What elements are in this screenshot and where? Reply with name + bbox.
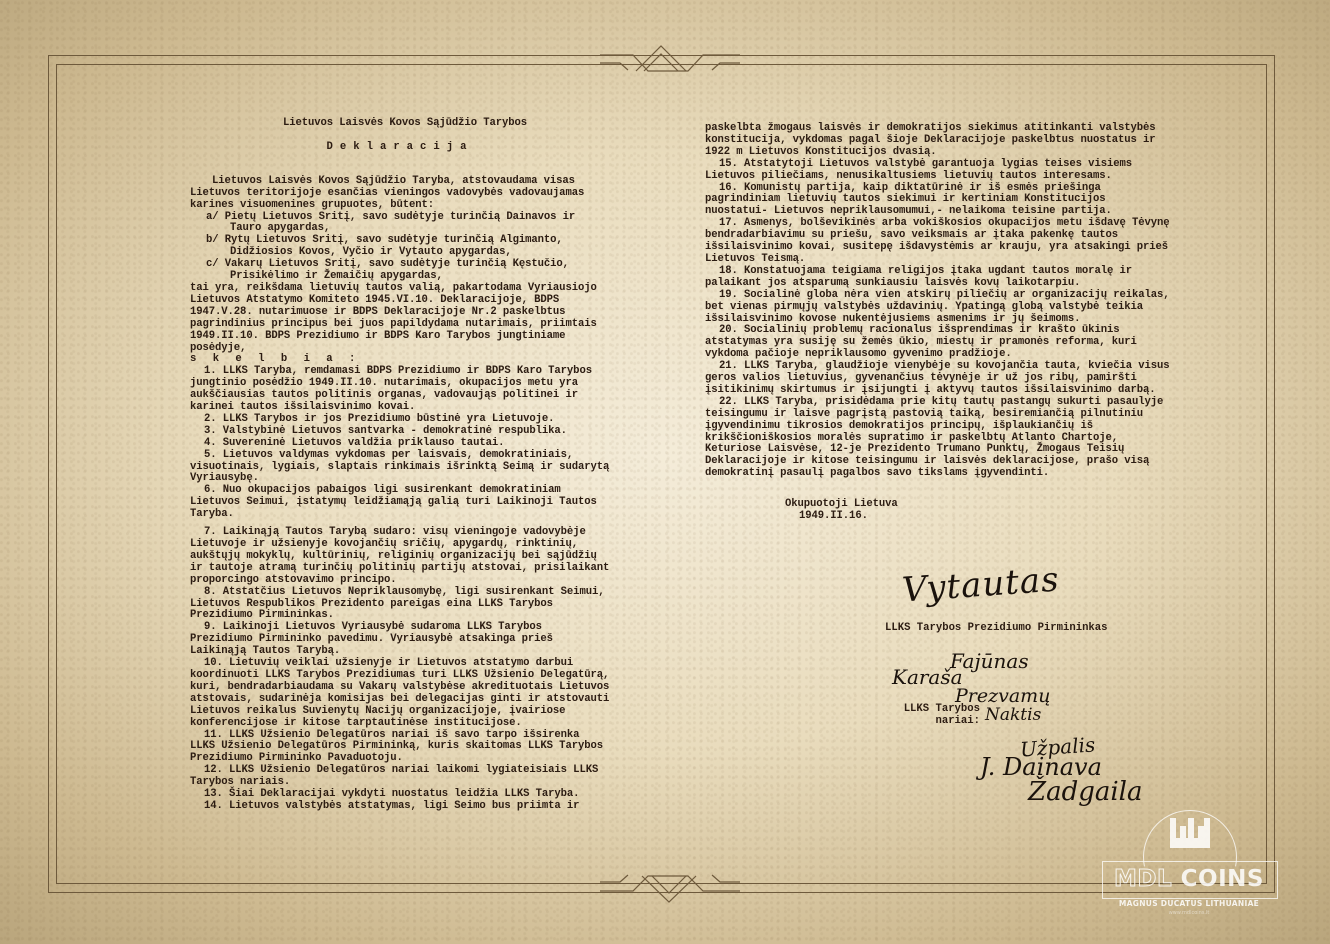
article-item: 14. Lietuvos valstybės atstatymas, ligi …	[190, 801, 610, 813]
brand-tagline: MAGNUS DUCATUS LITHUANIAE	[1098, 899, 1280, 908]
castle-mark-icon	[1170, 818, 1210, 848]
frame-ornament-bottom-icon	[600, 872, 740, 912]
article-item: 15. Atstatytoji Lietuvos valstybė garant…	[705, 159, 1170, 183]
document-title: Deklaracija	[190, 142, 610, 154]
declaration-right-page: paskelbta žmogaus laisvės ir demokratijo…	[705, 123, 1170, 522]
place-and-date: Okupuotoji Lietuva1949.II.16.	[705, 498, 1170, 522]
preamble-paragraph: tai yra, reikšdama lietuvių tautos valią…	[190, 283, 610, 354]
article-item: 11. LLKS Užsienio Delegatūros nariai iš …	[190, 730, 610, 766]
frame-ornament-top-icon	[600, 36, 740, 76]
article-item: 1. LLKS Taryba, remdamasi BDPS Prezidium…	[190, 366, 610, 414]
brand-url: www.mdlcoins.lt	[1098, 910, 1280, 916]
article-item: 19. Socialinė globa nėra vien atskirų pi…	[705, 290, 1170, 326]
article-item: 18. Konstatuojama teigiama religijos įta…	[705, 266, 1170, 290]
members-label: LLKS Tarybos nariai:	[900, 703, 980, 727]
organization-title: Lietuvos Laisvės Kovos Sąjūdžio Tarybos	[200, 118, 610, 130]
region-item: a/ Pietų Lietuvos Sritį, savo sudėtyje t…	[190, 212, 610, 236]
article-item: 4. Suvereninė Lietuvos valdžia priklauso…	[190, 438, 610, 450]
date: 1949.II.16.	[785, 510, 868, 522]
region-item: c/ Vakarų Lietuvos Sritį, savo sudėtyje …	[190, 259, 610, 283]
chairman-title: LLKS Tarybos Prezidiumo Pirmininkas	[885, 622, 1108, 634]
article-item: 20. Socialinių problemų racionalus išspr…	[705, 325, 1170, 361]
article-item: 8. Atstatčius Lietuvos Nepriklausomybę, …	[190, 587, 610, 623]
brand-name: MDL COINS	[1098, 866, 1280, 892]
article-item: 12. LLKS Užsienio Delegatūros nariai lai…	[190, 765, 610, 789]
article-item: 10. Lietuvių veiklai užsienyje ir Lietuv…	[190, 658, 610, 729]
article-item: 16. Komunistų partija, kaip diktatūrinė …	[705, 183, 1170, 219]
article-item: 21. LLKS Taryba, glaudžioje vienybėje su…	[705, 361, 1170, 397]
chairman-signature: Vytautas	[901, 560, 1061, 611]
region-item: b/ Rytų Lietuvos Sritį, savo sudėtyje tu…	[190, 235, 610, 259]
article-item: 17. Asmenys, bolševikinės arba vokiškosi…	[705, 218, 1170, 266]
article-item: 3. Valstybinė Lietuvos santvarka - demok…	[190, 426, 610, 438]
member-signature: Naktis	[985, 705, 1041, 725]
signature-block: Vytautas LLKS Tarybos Prezidiumo Pirmini…	[880, 565, 1180, 815]
article-item: 5. Lietuvos valdymas vykdomas per laisva…	[190, 450, 610, 486]
continuation-paragraph: paskelbta žmogaus laisvės ir demokratijo…	[705, 123, 1170, 159]
mdl-coins-watermark: MDL COINS MAGNUS DUCATUS LITHUANIAE www.…	[1098, 808, 1280, 918]
left-articles-list: 1. LLKS Taryba, remdamasi BDPS Prezidium…	[190, 366, 610, 813]
article-item: 7. Laikinąją Tautos Tarybą sudaro: visų …	[190, 527, 610, 587]
member-signature: Karaša	[892, 665, 963, 689]
article-item: 22. LLKS Taryba, prisidėdama prie kitų t…	[705, 397, 1170, 480]
intro-paragraph: Lietuvos Laisvės Kovos Sąjūdžio Taryba, …	[190, 176, 610, 212]
article-item: 6. Nuo okupacijos pabaigos ligi susirenk…	[190, 485, 610, 521]
right-articles-list: 15. Atstatytoji Lietuvos valstybė garant…	[705, 159, 1170, 480]
member-signature: Žadgaila	[1028, 777, 1143, 807]
article-item: 9. Laikinoji Lietuvos Vyriausybė sudarom…	[190, 622, 610, 658]
place: Okupuotoji Lietuva	[785, 498, 898, 510]
declaration-left-page: Lietuvos Laisvės Kovos Sąjūdžio Tarybos …	[190, 118, 610, 813]
